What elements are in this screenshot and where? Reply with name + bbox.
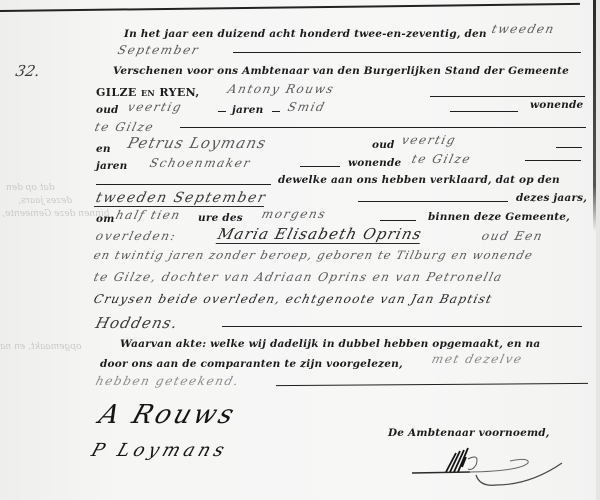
label-oud: oud — [96, 104, 119, 116]
signed-statement: hebben geteekend. — [94, 374, 241, 388]
label-jaren: jaren — [232, 104, 263, 116]
declarant2-age: veertig — [400, 133, 458, 147]
label-jaren: jaren — [96, 160, 127, 172]
deceased-spouse-line: Cruysen beide overleden, echtgenoote van… — [92, 292, 494, 306]
fill-rule — [272, 111, 280, 112]
deceased-details-line: en twintig jaren zonder beroep, geboren … — [92, 248, 535, 262]
event-part-of-day: morgens — [260, 207, 328, 221]
signature-declarant2: P Loymans — [89, 440, 231, 461]
printed-intro-line: In het jaar een duizend acht honderd twe… — [124, 28, 487, 40]
fill-rule — [380, 220, 416, 221]
declarant1-age: veertig — [126, 100, 184, 114]
declarant2-name: Petrus Loymans — [126, 134, 269, 152]
event-date: tweeden September — [94, 190, 268, 207]
bleed-through-text: binnen deze Gemeente, — [2, 209, 110, 219]
bleed-through-text: opgemaakt, en na — [0, 342, 81, 352]
printed-appearance-line: Verschenen voor ons Ambtenaar van den Bu… — [113, 65, 569, 77]
fill-rule — [430, 96, 585, 97]
bleed-through-text: dat op den — [6, 183, 55, 193]
declarant2-residence: te Gilze — [410, 152, 473, 166]
fill-rule — [222, 326, 582, 327]
fill-rule — [300, 166, 340, 167]
handwritten-day: tweeden — [490, 22, 557, 36]
declarant1-name: Antony Rouws — [226, 82, 336, 96]
label-om: om — [96, 213, 115, 225]
label-dezes-jaars: dezes jaars, — [516, 192, 587, 204]
fill-rule — [358, 201, 508, 202]
read-addendum: met dezelve — [430, 352, 524, 366]
fill-rule — [525, 160, 581, 161]
top-border-rule — [0, 3, 580, 12]
label-ure-des: ure des — [198, 212, 243, 224]
declarant1-residence: te Gilze — [93, 120, 156, 134]
document-page: dat op den dezes jaars, binnen deze Geme… — [0, 0, 600, 500]
fill-rule — [450, 111, 518, 112]
printed-closing-line: Waarvan akte: welke wij dadelijk in dubb… — [120, 338, 540, 350]
label-wonende: wonende — [530, 99, 583, 111]
fill-rule — [276, 383, 588, 386]
municipality-name: GILZE EN RYEN, — [96, 86, 200, 99]
official-signature-flourish — [410, 445, 570, 490]
deceased-age-start: oud Een — [480, 229, 545, 243]
declarant2-occupation: Schoenmaker — [148, 156, 252, 170]
deceased-parents-line: te Gilze, dochter van Adriaan Oprins en … — [92, 270, 504, 284]
label-wonende: wonende — [348, 157, 401, 169]
printed-read-line: door ons aan de comparanten te zijn voor… — [100, 358, 403, 370]
fill-rule — [556, 147, 582, 148]
page-edge — [596, 0, 600, 500]
fill-rule — [233, 52, 581, 53]
fill-rule — [180, 127, 586, 128]
label-oud: oud — [372, 139, 395, 151]
label-en: en — [96, 143, 111, 155]
bleed-through-text: dezes jaars, — [18, 196, 72, 206]
handwritten-month: September — [116, 43, 201, 57]
record-number: 32. — [14, 62, 42, 80]
deceased-spouse-surname: Hoddens. — [94, 314, 180, 332]
printed-declaration-line: dewelke aan ons hebben verklaard, dat op… — [278, 174, 560, 186]
fill-rule — [96, 184, 271, 185]
signature-declarant1: A Rouws — [95, 400, 240, 430]
label-overleden: overleden: — [94, 229, 178, 243]
deceased-name: Maria Elisabeth Oprins — [216, 225, 424, 244]
fill-rule — [218, 111, 226, 112]
declarant1-occupation: Smid — [286, 100, 327, 114]
official-label: De Ambtenaar voornoemd, — [388, 427, 550, 439]
event-time: half tien — [114, 208, 182, 222]
label-binnen: binnen deze Gemeente, — [428, 211, 570, 223]
